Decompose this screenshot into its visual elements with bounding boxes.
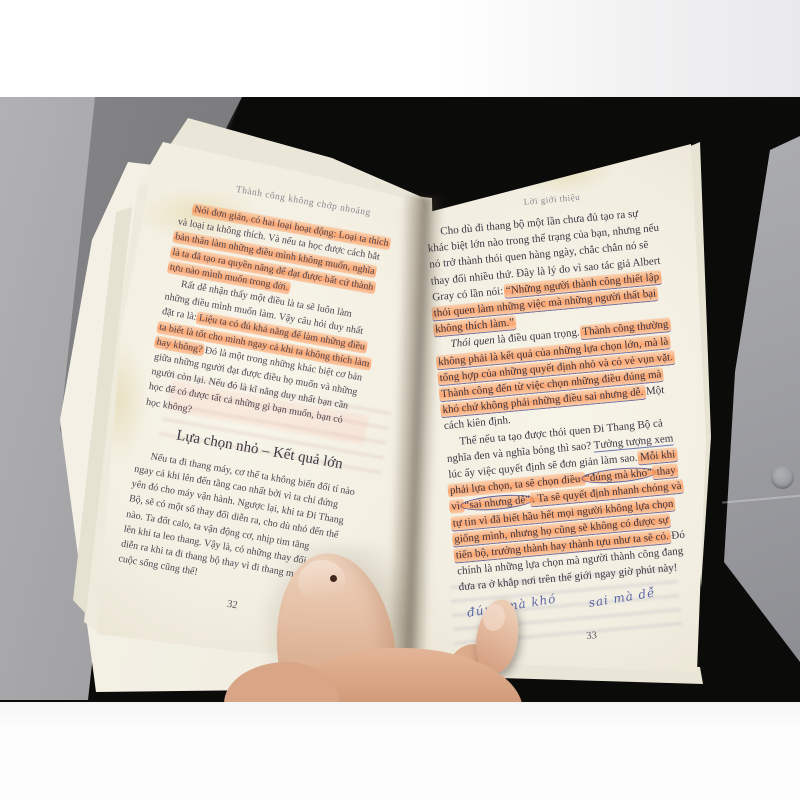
paragraph-block: Cho dù đi thang bộ một lần chưa đủ tạo r… — [426, 202, 715, 596]
paragraph-block: Nói đơn giản, có hai loại hoạt động: Loạ… — [145, 200, 418, 451]
photo-of-open-book: Thành công không chớp nhoáng Nói đơn giả… — [0, 0, 800, 800]
background-white-wall — [0, 0, 800, 97]
mole — [330, 575, 337, 582]
background-white-bottom — [0, 702, 800, 800]
handwritten-note: sai mà dễ — [588, 585, 657, 610]
panel-knob — [771, 466, 794, 489]
text-segment: Đó — [668, 529, 685, 542]
text-segment: Thói quen — [450, 335, 495, 351]
right-page-content: Lời giới thiệu Cho dù đi thang bộ một lầ… — [424, 183, 720, 653]
text-segment: Một — [643, 384, 665, 398]
